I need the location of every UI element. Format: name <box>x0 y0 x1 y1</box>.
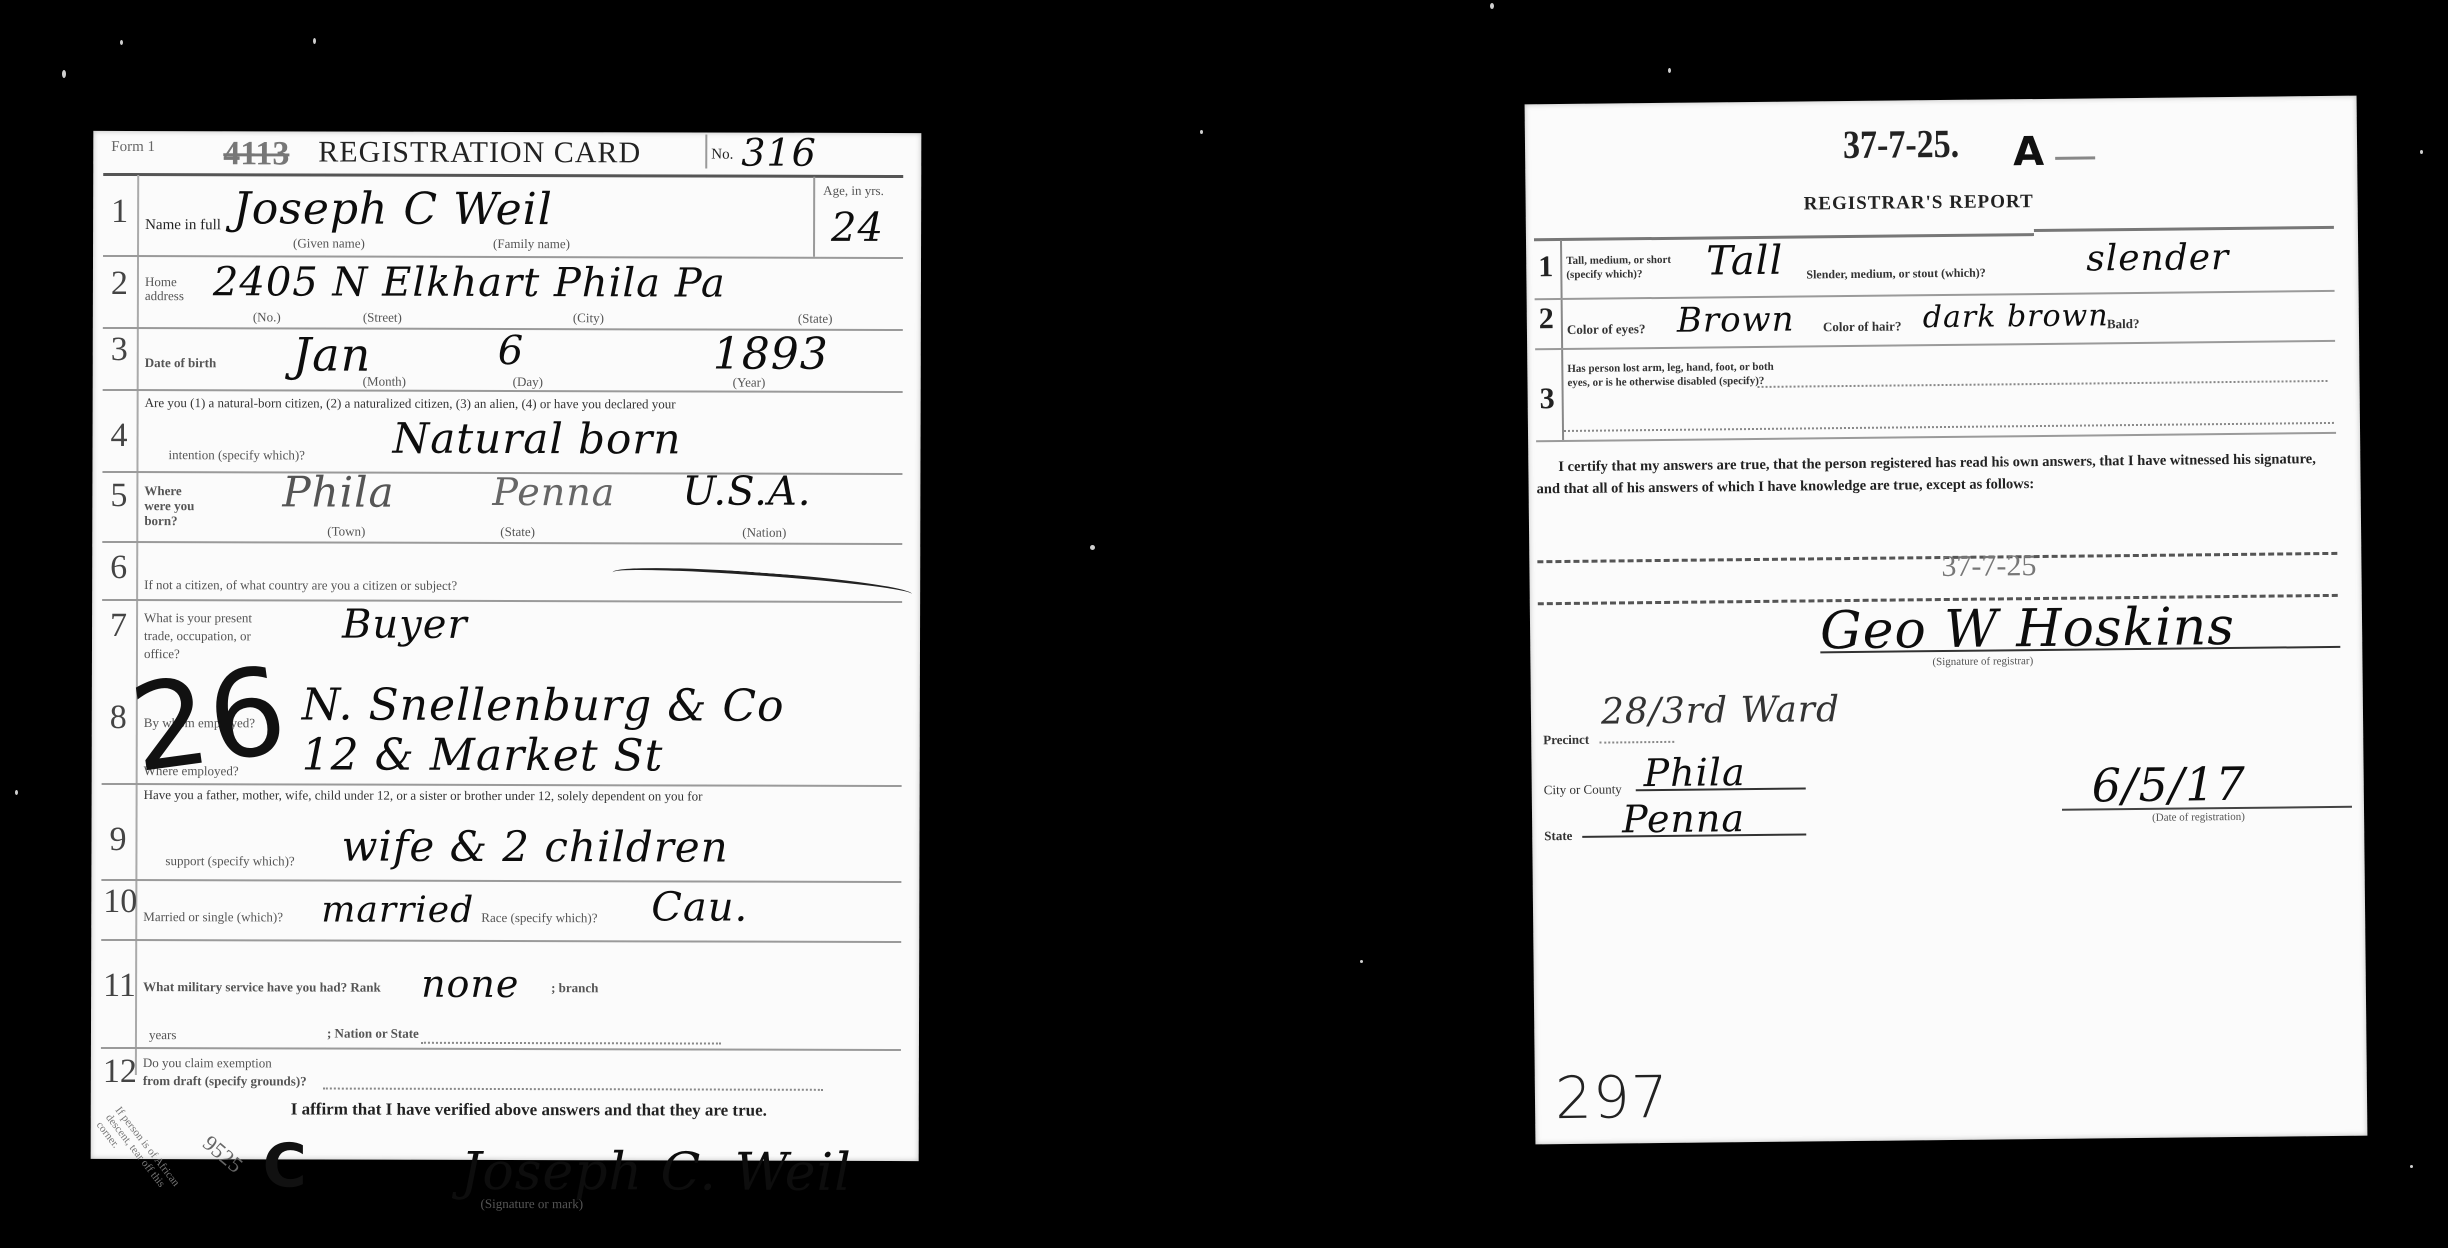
serial-number: 37-7-25. <box>1843 120 1960 168</box>
build-label: Slender, medium, or stout (which)? <box>1806 266 1985 283</box>
form-label: Form 1 <box>111 139 155 156</box>
sub-caption: (Town) <box>327 524 365 540</box>
dob-month: Jan <box>293 327 372 381</box>
film-speck <box>2420 150 2423 154</box>
dob-year: 1893 <box>713 329 829 380</box>
sub-caption: (City) <box>573 310 604 326</box>
nation-label: ; Nation or State <box>327 1026 419 1042</box>
dependents-value: wife & 2 children <box>341 822 728 872</box>
sub-caption: (Family name) <box>493 236 570 252</box>
film-speck <box>1668 68 1671 73</box>
row-number: 3 <box>1539 382 1554 416</box>
stamp-number: 9525 <box>197 1130 247 1178</box>
dependents-question: Have you a father, mother, wife, child u… <box>144 787 703 804</box>
registrars-report-card: 37-7-25. A REGISTRAR'S REPORT 1 Tall, me… <box>1525 96 2368 1145</box>
military-label: What military service have you had? Rank <box>143 979 381 996</box>
height-label: Tall, medium, or short (specify which)? <box>1566 253 1696 282</box>
sub-caption: (Year) <box>733 375 766 391</box>
disability-label: Has person lost arm, leg, hand, foot, or… <box>1567 360 1777 390</box>
row-number: 4 <box>110 417 127 455</box>
stamp-serial: 37-7-25 <box>1941 549 2036 584</box>
sub-caption: (No.) <box>253 309 281 325</box>
precinct-label: Precinct <box>1543 732 1589 748</box>
birthplace-town: Phila <box>282 467 394 516</box>
sub-caption: (Month) <box>363 374 406 390</box>
film-speck <box>120 40 123 45</box>
birthplace-label: Where were you born? <box>144 483 204 528</box>
occupation-value: Buyer <box>342 602 468 648</box>
exemption-label: Do you claim exemption <box>143 1055 272 1071</box>
bald-label: Bald? <box>2107 316 2140 332</box>
registration-date: 6/5/17 <box>2091 757 2246 813</box>
name-value: Joseph C Weil <box>233 183 553 235</box>
signature-caption: (Signature or mark) <box>481 1196 584 1212</box>
state-label: State <box>1544 828 1572 844</box>
years-label: years <box>149 1027 176 1043</box>
birthplace-nation: U.S.A. <box>682 468 811 514</box>
exemption-label-2: from draft (specify grounds)? <box>143 1073 307 1089</box>
registrar-signature-caption: (Signature of registrar) <box>1932 655 2033 668</box>
bottom-number: 297 <box>1555 1063 1669 1132</box>
row-number: 3 <box>111 331 128 369</box>
row-number: 2 <box>111 265 128 303</box>
film-speck <box>1360 960 1363 963</box>
row-number: 5 <box>110 477 127 515</box>
row-number: 1 <box>111 193 128 231</box>
eye-color-value: Brown <box>1677 300 1795 341</box>
report-title: REGISTRAR'S REPORT <box>1804 191 2034 215</box>
film-speck <box>15 790 18 795</box>
row-number: 8 <box>110 699 127 737</box>
height-value: Tall <box>1706 238 1783 285</box>
row-number: 11 <box>103 967 136 1005</box>
no-label: No. <box>711 147 733 164</box>
marital-value: married <box>321 890 474 931</box>
card-number: 316 <box>741 131 817 175</box>
dash-mark <box>612 562 913 605</box>
employer-address-value: 12 & Market St <box>302 729 664 781</box>
row-number: 9 <box>109 821 126 859</box>
sub-caption: (Day) <box>513 374 543 390</box>
sub-caption: (Street) <box>363 310 402 326</box>
branch-label: ; branch <box>551 980 598 996</box>
dependents-label: support (specify which)? <box>165 853 294 869</box>
sub-caption: (Given name) <box>293 235 365 251</box>
sub-caption: (State) <box>500 524 535 540</box>
eye-color-label: Color of eyes? <box>1567 321 1646 338</box>
row-number: 7 <box>110 607 127 645</box>
film-speck <box>2410 1165 2413 1168</box>
date-caption: (Date of registration) <box>2152 811 2245 824</box>
race-label: Race (specify which)? <box>481 910 597 926</box>
serial-letter: A <box>2013 129 2044 175</box>
hair-color-label: Color of hair? <box>1823 318 1902 335</box>
age-value: 24 <box>831 205 884 251</box>
row-number: 10 <box>103 883 137 921</box>
marital-label: Married or single (which)? <box>143 909 283 925</box>
stamp-letter: C <box>263 1131 307 1201</box>
row-number: 12 <box>103 1053 137 1091</box>
registrant-signature: Joseph C. Weil <box>461 1142 852 1203</box>
military-rank-value: none <box>421 962 519 1006</box>
birthplace-state: Penna <box>492 470 615 514</box>
corner-note: If person is of African descent, tear of… <box>94 1105 190 1214</box>
film-speck <box>1200 130 1203 134</box>
citizen-of-label: If not a citizen, of what country are yo… <box>144 577 457 594</box>
home-address-label: Home address <box>145 275 205 303</box>
certification-text: I certify that my answers are true, that… <box>1536 448 2336 500</box>
row-number: 6 <box>110 549 127 587</box>
row-number: 1 <box>1538 250 1553 284</box>
city-label: City or County <box>1544 781 1622 798</box>
film-speck <box>1490 3 1494 9</box>
citizenship-label: intention (specify which)? <box>168 447 305 463</box>
citizenship-value: Natural born <box>392 414 681 464</box>
dob-label: Date of birth <box>145 355 217 371</box>
build-value: slender <box>2086 237 2229 279</box>
age-label: Age, in yrs. <box>823 183 884 199</box>
row-number: 2 <box>1539 302 1554 336</box>
race-value: Cau. <box>651 884 748 930</box>
sub-caption: (State) <box>798 311 833 327</box>
dob-day: 6 <box>498 328 525 374</box>
registration-card: Form 1 4113 REGISTRATION CARD No. 316 1 … <box>91 131 922 1161</box>
citizenship-question: Are you (1) a natural-born citizen, (2) … <box>145 395 676 412</box>
film-speck <box>1090 545 1095 550</box>
home-address-value: 2405 N Elkhart Phila Pa <box>213 259 726 306</box>
struck-number: 4113 <box>223 135 289 173</box>
hair-color-value: dark brown <box>1923 298 2109 335</box>
film-speck <box>313 38 316 44</box>
film-speck <box>62 70 66 78</box>
precinct-value: 28/3rd Ward <box>1601 689 1841 733</box>
sub-caption: (Nation) <box>742 525 786 541</box>
name-label: Name in full <box>145 217 221 234</box>
affirmation-text: I affirm that I have verified above answ… <box>291 1099 767 1120</box>
employer-value: N. Snellenburg & Co <box>302 679 785 731</box>
card-title: REGISTRATION CARD <box>318 136 641 171</box>
margin-mark: 26 <box>123 641 295 800</box>
